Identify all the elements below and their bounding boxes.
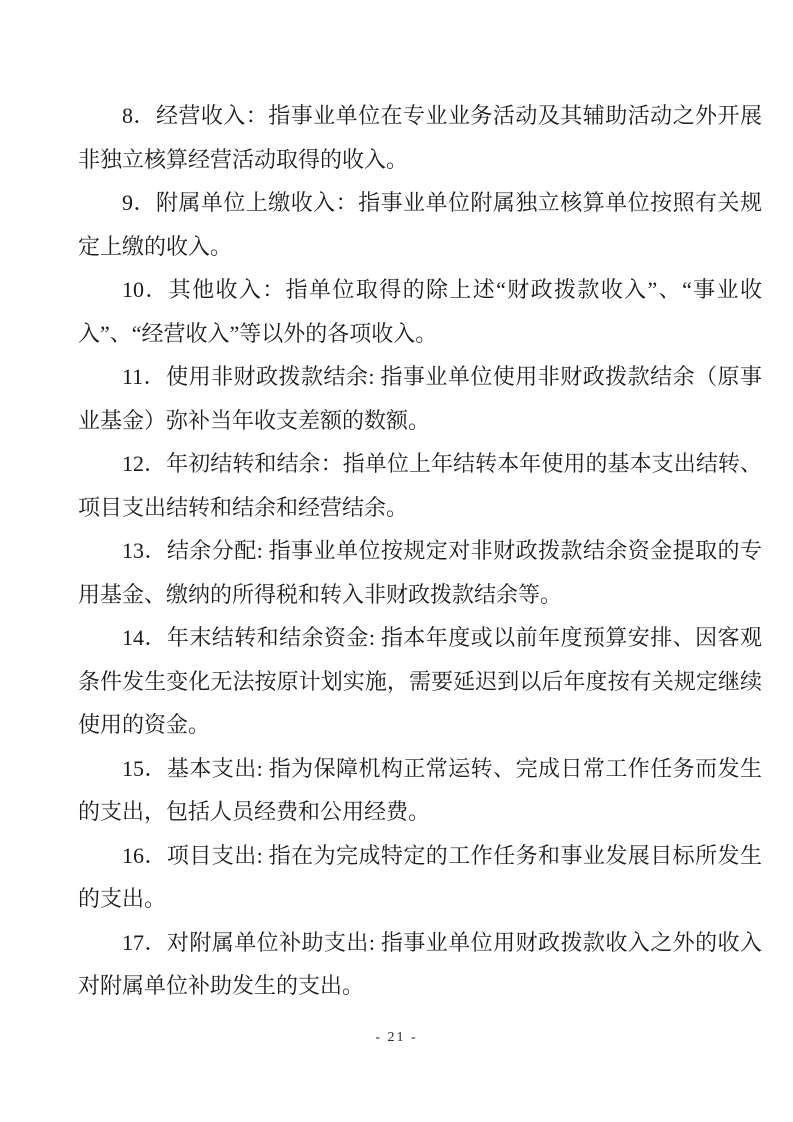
definition-item-8: 8．经营收入：指事业单位在专业业务活动及其辅助活动之外开展非独立核算经营活动取得… (78, 94, 762, 181)
document-body: 8．经营收入：指事业单位在专业业务活动及其辅助活动之外开展非独立核算经营活动取得… (78, 94, 762, 1008)
item-term: 年末结转和结余资金: (167, 625, 381, 650)
item-number: 14． (122, 625, 167, 650)
item-number: 15． (122, 756, 167, 781)
definition-item-13: 13．结余分配: 指事业单位按规定对非财政拨款结余资金提取的专用基金、缴纳的所得… (78, 529, 762, 616)
item-term: 对附属单位补助支出: (167, 930, 381, 955)
item-term: 结余分配: (167, 538, 269, 563)
item-number: 8． (122, 103, 156, 128)
item-number: 10． (122, 277, 169, 302)
item-term: 年初结转和结余： (166, 451, 343, 476)
item-term: 附属单位上缴收入： (156, 190, 358, 215)
definition-item-16: 16．项目支出: 指在为完成特定的工作任务和事业发展目标所发生的支出。 (78, 834, 762, 921)
item-number: 9． (122, 190, 156, 215)
page-number: - 21 - (375, 1030, 417, 1045)
item-number: 13． (122, 538, 167, 563)
definition-item-15: 15．基本支出: 指为保障机构正常运转、完成日常工作任务而发生的支出，包括人员经… (78, 747, 762, 834)
definition-item-9: 9．附属单位上缴收入：指事业单位附属独立核算单位按照有关规定上缴的收入。 (78, 181, 762, 268)
item-term: 其他收入： (169, 277, 286, 302)
item-term: 经营收入： (156, 103, 268, 128)
item-number: 11． (122, 364, 166, 389)
definition-item-17: 17．对附属单位补助支出: 指事业单位用财政拨款收入之外的收入对附属单位补助发生… (78, 921, 762, 1008)
definition-item-14: 14．年末结转和结余资金: 指本年度或以前年度预算安排、因客观条件发生变化无法按… (78, 616, 762, 747)
item-number: 12． (122, 451, 166, 476)
definition-item-11: 11．使用非财政拨款结余: 指事业单位使用非财政拨款结余（原事业基金）弥补当年收… (78, 355, 762, 442)
item-term: 基本支出: (167, 756, 269, 781)
definition-item-12: 12．年初结转和结余：指单位上年结转本年使用的基本支出结转、项目支出结转和结余和… (78, 442, 762, 529)
page-footer: - 21 - (0, 1028, 793, 1046)
item-term: 项目支出: (167, 843, 269, 868)
item-number: 16． (122, 843, 167, 868)
item-number: 17． (122, 930, 167, 955)
item-term: 使用非财政拨款结余: (166, 364, 380, 389)
definition-item-10: 10．其他收入：指单位取得的除上述“财政拨款收入”、“事业收入”、“经营收入”等… (78, 268, 762, 355)
